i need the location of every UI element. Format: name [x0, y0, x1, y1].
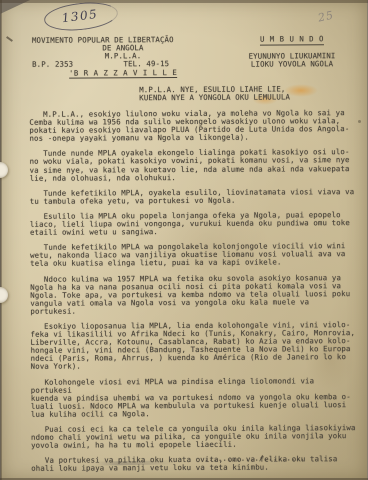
document-title: M.P.L.A. NYE, ESULILO LIAHE LIE, KUENDA … — [139, 85, 339, 102]
scanned-document-page: { "annotations": { "archive_number": "13… — [0, 0, 368, 480]
title-line2: KUENDA NYE A YONGOLA OKU LEMULULA — [139, 93, 339, 102]
subtitle-line2: LIOKU YOVOLA NGOLA — [233, 60, 351, 69]
body-paragraph: Tunde kefetikilo MPLA wa pongolakela kol… — [30, 242, 358, 268]
city-name: 'B R A Z Z A V I L L E — [69, 68, 177, 79]
body-paragraph: Tunde kefetikilo MPLA, oyakela esulilo, … — [30, 188, 358, 206]
language-block: U M B U N D O EYUNUNYO LIUKUAMINI LIOKU … — [233, 35, 351, 69]
document-body: M.P.L.A., esokiyo liulono woku viala, ya… — [29, 109, 359, 480]
body-paragraph: Esokiyo lioposanua lia MPLA, lia enda ko… — [30, 321, 358, 371]
continuation-marks: ............/......... — [204, 454, 305, 463]
body-paragraph: Esulilo lia MPLA oku popela lonjanga ofe… — [30, 211, 358, 237]
body-paragraph: Puai cosi eci ka ca telele ca yonguila o… — [31, 424, 359, 450]
body-paragraph: Kolohongele viosi evi MPLA wa pindisa el… — [31, 377, 359, 419]
letterhead: MOVIMENTO POPULAR DE LIBERTAÇÃO DE ANGOL… — [32, 36, 214, 78]
body-paragraph: Va portukesi va pilika oku kuata ovita, … — [31, 455, 359, 473]
language-label: U M B U N D O — [260, 35, 324, 45]
body-paragraph: M.P.L.A., esokiyo liulono woku viala, ya… — [29, 109, 357, 143]
typed-content: MOVIMENTO POPULAR DE LIBERTAÇÃO DE ANGOL… — [0, 0, 368, 480]
body-paragraph: Tunde nunde MPLA oyakela ekongelo lialin… — [30, 148, 358, 182]
city-line: 'B R A Z Z A V I L L E — [32, 69, 214, 78]
body-paragraph: Ndoco kulima wa 1957 MPLA wa fetika oku … — [30, 274, 358, 316]
